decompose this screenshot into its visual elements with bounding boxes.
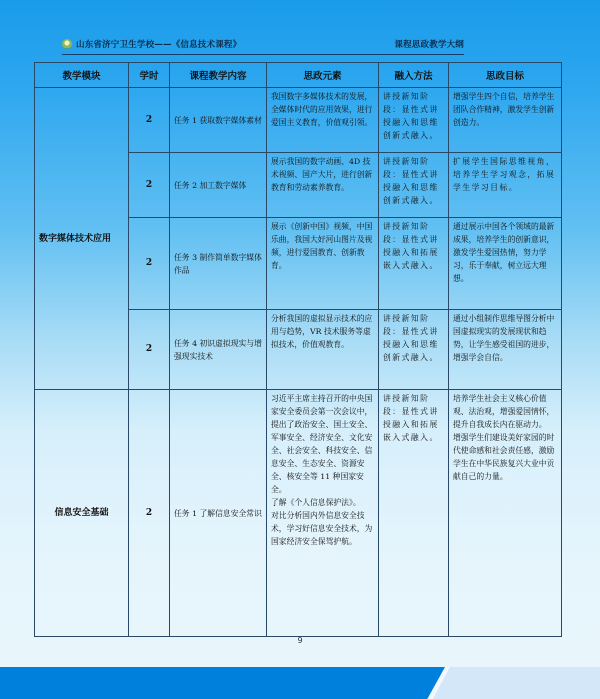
hours-cell: 2 xyxy=(129,390,170,637)
method-cell: 讲授新知阶段：显性式讲授融入和思维创新式融入。 xyxy=(379,310,449,390)
element-cell: 分析我国的虚拟显示技术的应用与趋势，VR 技术服务等虚拟技术，价值观教育。 xyxy=(267,310,379,390)
column-header-method: 融入方法 xyxy=(379,63,449,88)
content-cell: 任务 4 初识虚拟现实与增强现实技术 xyxy=(170,310,267,390)
footer-blue-band xyxy=(0,667,445,699)
column-header-goal: 思政目标 xyxy=(449,63,562,88)
hours-cell: 2 xyxy=(129,218,170,310)
syllabus-table: 教学模块 学时 课程教学内容 思政元素 融入方法 思政目标 数字媒体技术应用 2… xyxy=(34,62,562,637)
content-cell: 任务 1 获取数字媒体素材 xyxy=(170,88,267,153)
column-header-hours: 学时 xyxy=(129,63,170,88)
module-cell: 信息安全基础 xyxy=(35,390,129,637)
element-cell: 展示《创新中国》视频，中国乐曲，我国大好河山图片及视频，进行爱国教育、创新教育。 xyxy=(267,218,379,310)
method-cell: 讲授新知阶段：显性式讲授融入和思维创新式融入。 xyxy=(379,153,449,218)
hours-cell: 2 xyxy=(129,310,170,390)
school-course-title: 山东省济宁卫生学校——《信息技术课程》 xyxy=(76,38,241,50)
page-header: 山东省济宁卫生学校——《信息技术课程》 课程思政教学大纲 xyxy=(62,36,464,55)
element-paragraph: 习近平主席主持召开的中央国家安全委员会第一次会议中，提出了政治安全、国土安全、军… xyxy=(271,392,374,496)
goal-paragraph: 增强学生们建设美好家园的时代使命感和社会责任感，激励学生在中华民族复兴大业中贡献… xyxy=(453,431,557,483)
school-logo-icon xyxy=(62,39,72,49)
footer-decoration xyxy=(0,667,600,699)
method-cell: 讲授新知阶段：显性式讲授融入和拓展嵌入式融入。 xyxy=(379,390,449,637)
table-row: 信息安全基础 2 任务 1 了解信息安全常识 习近平主席主持召开的中央国家安全委… xyxy=(35,390,562,637)
module-cell: 数字媒体技术应用 xyxy=(35,88,129,390)
column-header-content: 课程教学内容 xyxy=(170,63,267,88)
element-paragraph: 了解《个人信息保护法》。 xyxy=(271,496,374,509)
goal-cell: 通过小组制作思维导图分析中国虚拟现实的发展现状和趋势，让学生感受祖国的进步，增强… xyxy=(449,310,562,390)
table-row: 数字媒体技术应用 2 任务 1 获取数字媒体素材 我国数字多媒体技术的发展，全媒… xyxy=(35,88,562,153)
column-header-module: 教学模块 xyxy=(35,63,129,88)
page-number: 9 xyxy=(0,636,600,645)
element-cell: 展示我国的数字动画、4D 技术视频、国产大片，进行创新教育和劳动素养教育。 xyxy=(267,153,379,218)
element-cell: 习近平主席主持召开的中央国家安全委员会第一次会议中，提出了政治安全、国土安全、军… xyxy=(267,390,379,637)
header-left: 山东省济宁卫生学校——《信息技术课程》 xyxy=(62,38,241,50)
hours-cell: 2 xyxy=(129,88,170,153)
content-cell: 任务 1 了解信息安全常识 xyxy=(170,390,267,637)
document-title: 课程思政教学大纲 xyxy=(394,38,464,50)
method-cell: 讲授新知阶段：显性式讲授融入和思维创新式融入。 xyxy=(379,88,449,153)
content-cell: 任务 2 加工数字媒体 xyxy=(170,153,267,218)
method-cell: 讲授新知阶段：显性式讲授融入和拓展嵌入式融入。 xyxy=(379,218,449,310)
goal-paragraph: 培养学生社会主义核心价值观、法治观，增强爱国情怀，提升自我成长内在驱动力。 xyxy=(453,392,557,431)
content-cell: 任务 3 制作简单数字媒体作品 xyxy=(170,218,267,310)
element-paragraph: 对比分析国内外信息安全技术，学习好信息安全技术，为国家经济安全保驾护航。 xyxy=(271,509,374,548)
goal-cell: 培养学生社会主义核心价值观、法治观，增强爱国情怀，提升自我成长内在驱动力。 增强… xyxy=(449,390,562,637)
hours-cell: 2 xyxy=(129,153,170,218)
column-header-element: 思政元素 xyxy=(267,63,379,88)
goal-cell: 通过展示中国各个领域的最新成果，培养学生的创新意识，激发学生爱国热情，努力学习，… xyxy=(449,218,562,310)
table-header-row: 教学模块 学时 课程教学内容 思政元素 融入方法 思政目标 xyxy=(35,63,562,88)
element-cell: 我国数字多媒体技术的发展，全媒体时代的应用效果，进行爱国主义教育，价值观引领。 xyxy=(267,88,379,153)
goal-cell: 扩展学生国际思维视角，培养学生学习观念，拓展学生学习目标。 xyxy=(449,153,562,218)
goal-cell: 增强学生四个自信，培养学生团队合作精神，激发学生创新创造力。 xyxy=(449,88,562,153)
